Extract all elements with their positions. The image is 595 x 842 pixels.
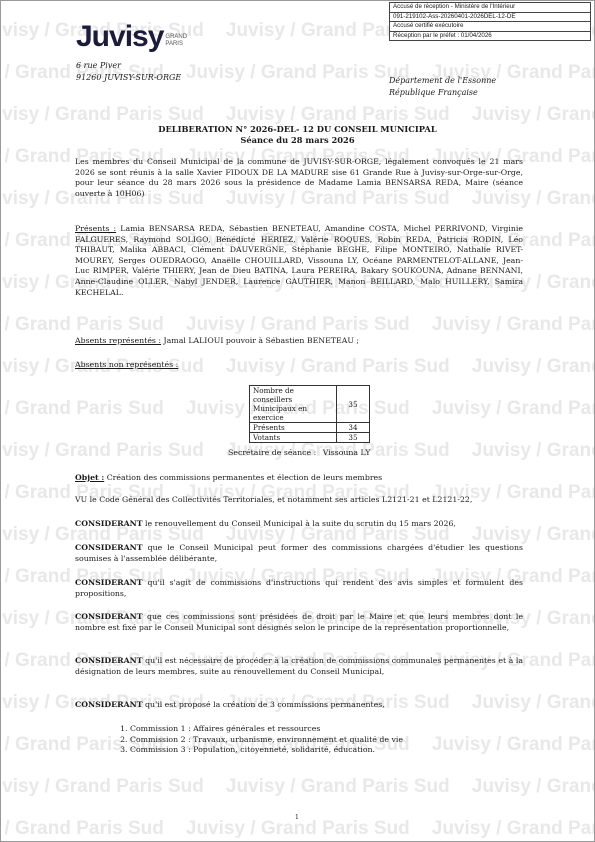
considerant-text: que le Conseil Municipal peut former des… <box>75 543 523 563</box>
commissions-list: Commission 1 : Affaires générales et res… <box>95 724 550 756</box>
absents-represented: Absents représentés : Jamal LALIOUI pouv… <box>75 336 523 347</box>
department-block: Département de l'Essonne République Fran… <box>389 75 496 99</box>
table-row: Nombre de conseillers Municipaux en exer… <box>250 386 370 423</box>
logo-word: Juvisy <box>76 22 163 52</box>
considerant-paragraph: CONSIDERANT le renouvellement du Conseil… <box>75 519 523 530</box>
stamp-line: Réception par le préfet : 01/04/2026 <box>390 32 590 41</box>
page-number: 1 <box>295 814 299 821</box>
department-line: Département de l'Essonne <box>389 75 496 87</box>
considerant-paragraph: CONSIDERANT que le Conseil Municipal peu… <box>75 543 523 564</box>
object-label: Objet : <box>75 473 104 482</box>
considerant-text: le Code Général des Collectivités Territ… <box>87 495 472 504</box>
considerant-lead: CONSIDERANT <box>75 543 143 552</box>
republic-line: République Française <box>389 87 496 99</box>
considerant-lead: CONSIDERANT <box>75 700 143 709</box>
considerant-paragraph: CONSIDERANT que ces commissions sont pré… <box>75 612 523 633</box>
list-item: Commission 2 : Travaux, urbanisme, envir… <box>130 735 550 746</box>
considerant-lead: CONSIDERANT <box>75 612 143 621</box>
address-line: 6 rue Piver <box>76 60 181 72</box>
list-item: Commission 1 : Affaires générales et res… <box>130 724 550 735</box>
secretary-line: Secrétaire de séance : Vissouna LY <box>228 448 370 457</box>
considerant-text: qu'il est proposé la création de 3 commi… <box>143 700 385 709</box>
considerant-text: que ces commissions sont présidées de dr… <box>75 612 523 632</box>
presents-label: Présents : <box>75 224 116 233</box>
considerant-text: le renouvellement du Conseil Municipal à… <box>143 519 456 528</box>
considerant-paragraph: CONSIDERANT qu'il s'agit de commissions … <box>75 578 523 599</box>
presents-list: Lamia BENSARSA REDA, Sébastien BENETEAU,… <box>75 224 523 297</box>
object-text: Création des commissions permanentes et … <box>107 473 382 482</box>
counts-table: Nombre de conseillers Municipaux en exer… <box>249 385 370 443</box>
considerant-paragraph: CONSIDERANT qu'il est proposé la créatio… <box>75 700 523 711</box>
secretary-name: Vissouna LY <box>323 448 371 457</box>
presents-paragraph: Présents : Lamia BENSARSA REDA, Sébastie… <box>75 224 523 298</box>
absents-not-represented: Absents non représentés : <box>75 360 523 371</box>
reception-stamp: Accusé de réception - Ministère de l'Int… <box>389 2 591 41</box>
table-row: Présents34 <box>250 423 370 433</box>
session-date: Séance du 28 mars 2026 <box>0 135 595 146</box>
considerant-text: qu'il s'agit de commissions d'instructio… <box>75 578 523 598</box>
secretary-label: Secrétaire de séance : <box>228 448 316 457</box>
considerant-text: qu'il est nécessaire de procéder à la cr… <box>75 656 523 676</box>
stamp-line: Accusé de réception - Ministère de l'Int… <box>390 3 590 13</box>
list-item: Commission 3 : Population, citoyenneté, … <box>130 745 550 756</box>
considerant-lead: CONSIDERANT <box>75 519 143 528</box>
intro-paragraph: Les membres du Conseil Municipal de la c… <box>75 157 523 199</box>
considerant-paragraph: VU le Code Général des Collectivités Ter… <box>75 495 523 506</box>
city-logo: Juvisy GRANDPARIS <box>76 22 187 52</box>
absents-not-represented-label: Absents non représentés : <box>75 360 178 369</box>
address-line: 91260 JUVISY-SUR-ORGE <box>76 72 181 84</box>
absents-represented-label: Absents représentés : <box>75 336 161 345</box>
considerant-lead: CONSIDERANT <box>75 656 143 665</box>
considerant-paragraph: CONSIDERANT qu'il est nécessaire de proc… <box>75 656 523 677</box>
stamp-line: 091-219102-Ass-20260401-2026DEL-12-DE <box>390 13 590 23</box>
deliberation-title: DELIBERATION N° 2026-DEL- 12 DU CONSEIL … <box>0 124 595 135</box>
absents-represented-text: Jamal LALIOUI pouvoir à Sébastien BENETE… <box>164 336 359 345</box>
considerant-lead: CONSIDERANT <box>75 578 143 587</box>
table-row: Votants35 <box>250 433 370 443</box>
page-title: DELIBERATION N° 2026-DEL- 12 DU CONSEIL … <box>0 124 595 146</box>
logo-subtitle: GRANDPARIS <box>165 34 187 48</box>
sender-address: 6 rue Piver 91260 JUVISY-SUR-ORGE <box>76 60 181 84</box>
stamp-line: Accusé certifié exécutoire <box>390 22 590 32</box>
considerant-lead: VU <box>75 495 87 504</box>
object-line: Objet : Création des commissions permane… <box>75 473 523 484</box>
